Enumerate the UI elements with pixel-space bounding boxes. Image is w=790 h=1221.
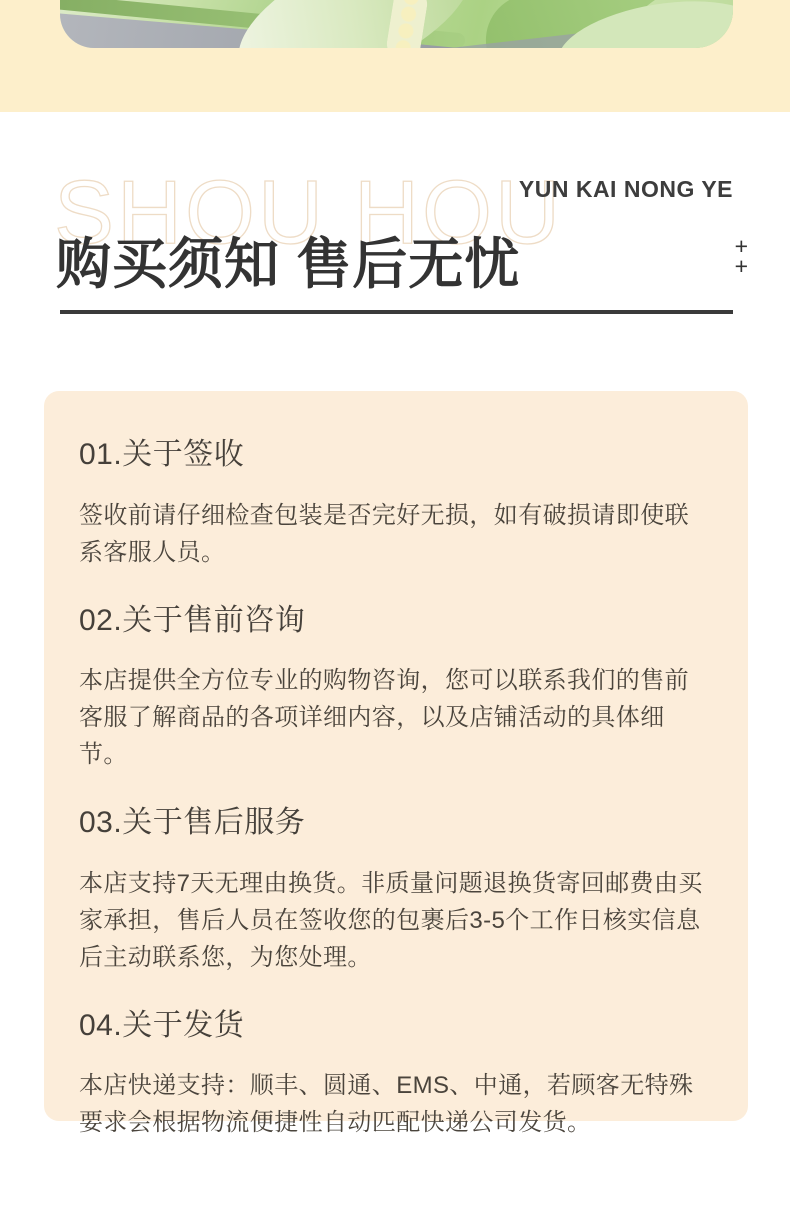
product-detail-aftersales-page: SHOU HOU YUN KAI NONG YE 购买须知 售后无忧 + + 0… — [0, 0, 790, 1221]
brand-name: YUN KAI NONG YE — [519, 176, 733, 203]
top-cream-band — [0, 0, 790, 112]
divider-line — [60, 310, 733, 314]
section-body-shipping: 本店快递支持：顺丰、圆通、EMS、中通，若顾客无特殊要求会根据物流便捷性自动匹配… — [79, 1067, 713, 1141]
section-title-aftersales-service: 03.关于售后服务 — [79, 806, 713, 841]
section-body-presale-consult: 本店提供全方位专业的购物咨询，您可以联系我们的售前客服了解商品的各项详细内容，以… — [79, 662, 713, 773]
section-title-presale-consult: 02.关于售前咨询 — [79, 604, 713, 639]
section-body-sign-receipt: 签收前请仔细检查包装是否完好无损，如有破损请即使联系客服人员。 — [79, 497, 713, 571]
notice-card: 01.关于签收 签收前请仔细检查包装是否完好无损，如有破损请即使联系客服人员。 … — [44, 391, 748, 1121]
page-title: 购买须知 售后无忧 — [56, 220, 520, 299]
section-body-aftersales-service: 本店支持7天无理由换货。非质量问题退换货寄回邮费由买家承担，售后人员在签收您的包… — [79, 865, 713, 976]
section-title-sign-receipt: 01.关于签收 — [79, 438, 713, 473]
plus-icon: + — [735, 256, 748, 276]
section-title-shipping: 04.关于发货 — [79, 1009, 713, 1044]
plus-decor: + + — [735, 236, 748, 276]
corn-photo — [60, 0, 733, 48]
